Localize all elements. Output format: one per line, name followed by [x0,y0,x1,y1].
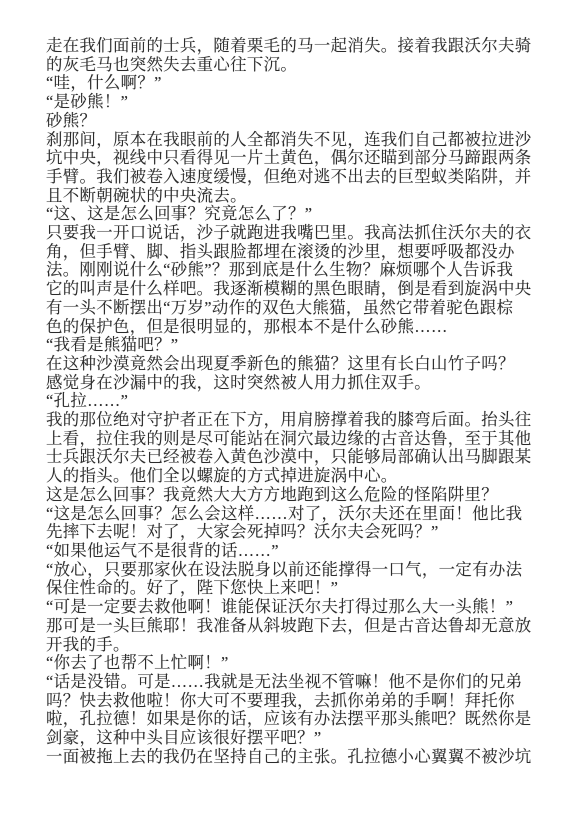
text-line: 只要我一开口说话，沙子就跑进我嘴巴里。我高法抓住沃尔夫的衣 [46,224,541,243]
text-line: 砂熊？ [46,112,541,131]
text-line: 人的指头。他们全以螺旋的方式掉进旋涡中心。 [46,467,541,486]
text-line: 感觉身在沙漏中的我，这时突然被人用力抓住双手。 [46,374,541,393]
text-line: “这是怎么回事？怎么会这样……对了，沃尔夫还在里面！他比我 [46,505,541,524]
text-line: “话是没错。可是……我就是无法坐视不管嘛！他不是你们的兄弟 [46,673,541,692]
text-line: 我的那位绝对守护者正在下方，用肩膀撑着我的膝弯后面。抬头往 [46,411,541,430]
scanned-book-page: 走在我们面前的士兵，随着栗毛的马一起消失。接着我跟沃尔夫骑的灰毛马也突然失去重心… [0,0,583,828]
text-line: “我看是熊猫吧？” [46,336,541,355]
text-line: 吗？快去救他啦！你大可不要理我，去抓你弟弟的手啊！拜托你 [46,692,541,711]
text-line: “放心，只要那家伙在设法脱身以前还能撑得一口气，一定有办法 [46,561,541,580]
body-text: 走在我们面前的士兵，随着栗毛的马一起消失。接着我跟沃尔夫骑的灰毛马也突然失去重心… [46,37,541,766]
text-line: “可是一定要去救他啊！谁能保证沃尔夫打得过那么大一头熊！” [46,598,541,617]
text-line: “孔拉……” [46,392,541,411]
text-line: 开我的手。 [46,636,541,655]
text-line: 法。刚刚说什么“砂熊”？那到底是什么生物？麻烦哪个人告诉我 [46,261,541,280]
text-line: 走在我们面前的士兵，随着栗毛的马一起消失。接着我跟沃尔夫骑 [46,37,541,56]
text-line: 手臂。我们被卷入速度缓慢，但绝对逃不出去的巨型蚁类陷阱，并 [46,168,541,187]
text-line: 这是怎么回事？我竟然大大方方地跑到这么危险的怪陷阱里？ [46,486,541,505]
text-line: “是砂熊！” [46,93,541,112]
text-line: 一面被拖上去的我仍在坚持自己的主张。孔拉德小心翼翼不被沙坑 [46,748,541,767]
text-line: 在这种沙漠竟然会出现夏季新色的熊猫？这里有长白山竹子吗？ [46,355,541,374]
text-line: 剑豪，这种中头目应该很好摆平吧？” [46,729,541,748]
text-line: 色的保护色，但是很明显的，那根本不是什么砂熊…… [46,318,541,337]
text-line: 且不断朝碗状的中央流去。 [46,187,541,206]
text-line: 先摔下去呢！对了，大家会死掉吗？沃尔夫会死吗？” [46,523,541,542]
text-line: 的灰毛马也突然失去重心往下沉。 [46,56,541,75]
text-line: 啦，孔拉德！如果是你的话，应该有办法摆平那头熊吧？既然你是 [46,710,541,729]
text-line: “如果他运气不是很背的话……” [46,542,541,561]
text-line: “这、这是怎么回事？究竟怎么了？” [46,205,541,224]
text-line: 上看，拉住我的则是尽可能站在洞穴最边缘的古音达鲁，至于其他 [46,430,541,449]
text-line: “哇，什么啊？” [46,74,541,93]
text-line: 角，但手臂、脚、指头跟脸都埋在滚烫的沙里，想要呼吸都没办 [46,243,541,262]
text-line: 刹那间，原本在我眼前的人全都消失不见，连我们自己都被拉进沙 [46,131,541,150]
text-line: 那可是一头巨熊耶！我准备从斜坡跑下去，但是古音达鲁却无意放 [46,617,541,636]
text-line: 保住性命的。好了，陛下您快上来吧！” [46,579,541,598]
text-line: 士兵跟沃尔夫已经被卷入黄色沙漠中，只能够局部确认出马脚跟某 [46,448,541,467]
text-line: 坑中央，视线中只看得见一片土黄色，偶尔还瞄到部分马蹄跟两条 [46,149,541,168]
text-line: 它的叫声是什么样吧。我逐渐模糊的黑色眼睛，倒是看到旋涡中央 [46,280,541,299]
text-line: “你去了也帮不上忙啊！” [46,654,541,673]
text-line: 有一头不断摆出“万岁”动作的双色大熊猫，虽然它带着驼色跟棕 [46,299,541,318]
